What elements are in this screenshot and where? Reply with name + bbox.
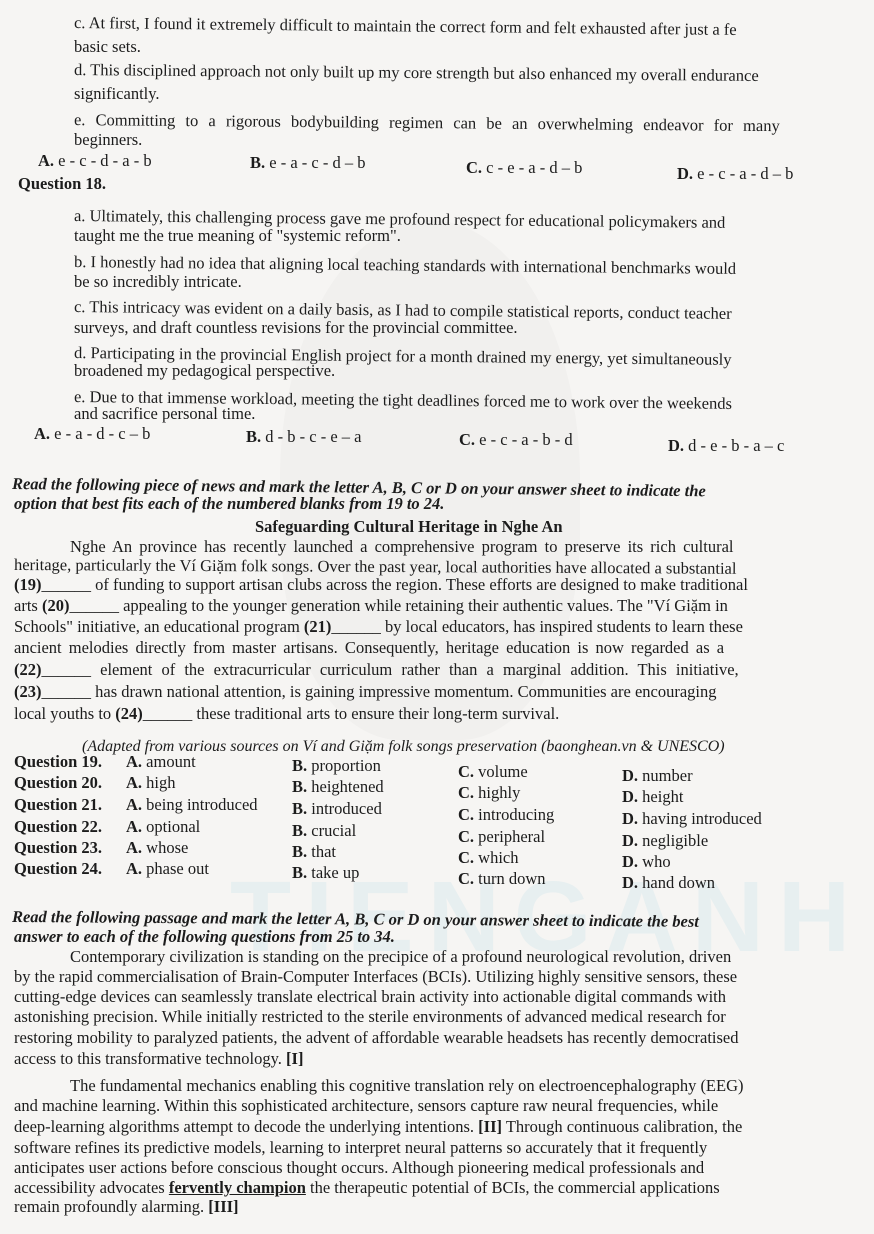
q17-sentence-c-cont: basic sets. <box>74 38 141 56</box>
question-19-option-a[interactable]: A. amount <box>126 752 196 772</box>
question-22-option-d[interactable]: D. negligible <box>622 831 708 851</box>
passage-line-blank-22: (22)______ element of the extracurricula… <box>14 661 739 679</box>
question-19-option-d[interactable]: D. number <box>622 766 693 786</box>
question-24-option-c[interactable]: C. turn down <box>458 869 546 889</box>
q17-option-b[interactable]: B. e - a - c - d – b <box>250 153 365 173</box>
question-20-option-a[interactable]: A. high <box>126 773 176 793</box>
marker-II: [II] <box>478 1117 502 1136</box>
reading-p1-line: astonishing precision. While initially r… <box>14 1008 726 1026</box>
question-22-option-a[interactable]: A. optional <box>126 817 200 837</box>
section-instruction-19-24-cont: option that best fits each of the number… <box>14 494 444 514</box>
passage-line-blank-24: local youths to (24)______ these traditi… <box>14 705 559 723</box>
marker-I: [I] <box>286 1049 303 1068</box>
reading-p2-line: anticipates user actions before consciou… <box>14 1159 704 1177</box>
q18-sentence-c-cont: surveys, and draft countless revisions f… <box>74 319 518 337</box>
highlighted-phrase: fervently champion <box>169 1178 306 1197</box>
q17-option-c[interactable]: C. c - e - a - d – b <box>466 158 582 178</box>
q17-option-d[interactable]: D. e - c - a - d – b <box>677 164 793 184</box>
q17-option-a[interactable]: A. e - c - d - a - b <box>38 151 152 171</box>
question-18-heading: Question 18. <box>18 174 106 194</box>
marker-III: [III] <box>208 1197 238 1216</box>
q18-option-d[interactable]: D. d - e - b - a – c <box>668 436 784 456</box>
question-19-option-b[interactable]: B. proportion <box>292 756 381 776</box>
question-23-label: Question 23. <box>14 838 102 858</box>
reading-p1-line: by the rapid commercialisation of Brain-… <box>14 968 737 986</box>
question-24-option-b[interactable]: B. take up <box>292 863 359 883</box>
question-19-label: Question 19. <box>14 752 102 772</box>
question-23-option-b[interactable]: B. that <box>292 842 336 862</box>
reading-p1-line: Contemporary civilization is standing on… <box>70 948 731 966</box>
q18-sentence-d-cont: broadened my pedagogical perspective. <box>74 362 335 380</box>
question-21-label: Question 21. <box>14 795 102 815</box>
q17-sentence-d: d. This disciplined approach not only bu… <box>74 61 759 85</box>
passage-line: ancient melodies directly from master ar… <box>14 639 724 657</box>
question-23-option-d[interactable]: D. who <box>622 852 671 872</box>
exam-page: TIENGANH c. At first, I found it extreme… <box>0 0 874 1234</box>
passage-line: Nghe An province has recently launched a… <box>70 538 733 556</box>
question-21-option-d[interactable]: D. having introduced <box>622 809 762 829</box>
reading-p2-line: software refines its predictive models, … <box>14 1139 707 1157</box>
passage-title: Safeguarding Cultural Heritage in Nghe A… <box>255 517 563 537</box>
question-22-label: Question 22. <box>14 817 102 837</box>
reading-p1-line: cutting-edge devices can seamlessly tran… <box>14 988 726 1006</box>
question-22-option-c[interactable]: C. peripheral <box>458 827 545 847</box>
reading-p2-line: The fundamental mechanics enabling this … <box>70 1077 744 1095</box>
question-22-option-b[interactable]: B. crucial <box>292 821 356 841</box>
q17-sentence-e-cont: beginners. <box>74 131 142 149</box>
section-instruction-25-34-cont: answer to each of the following question… <box>14 927 395 947</box>
question-21-option-a[interactable]: A. being introduced <box>126 795 258 815</box>
reading-p2-line: deep-learning algorithms attempt to deco… <box>14 1118 742 1136</box>
passage-line-blank-19: (19)______ of funding to support artisan… <box>14 576 748 594</box>
question-20-label: Question 20. <box>14 773 102 793</box>
q17-sentence-c: c. At first, I found it extremely diffic… <box>74 14 737 39</box>
question-23-option-c[interactable]: C. which <box>458 848 519 868</box>
question-19-option-c[interactable]: C. volume <box>458 762 528 782</box>
reading-p1-line: access to this transformative technology… <box>14 1050 303 1068</box>
q17-sentence-e: e. Committing to a rigorous bodybuilding… <box>74 111 864 136</box>
question-21-option-b[interactable]: B. introduced <box>292 799 382 819</box>
q18-option-a[interactable]: A. e - a - d - c – b <box>34 424 150 444</box>
reading-p1-line: restoring mobility to paralyzed patients… <box>14 1029 739 1047</box>
question-20-option-c[interactable]: C. highly <box>458 783 520 803</box>
reading-p2-line: and machine learning. Within this sophis… <box>14 1097 718 1115</box>
question-20-option-d[interactable]: D. height <box>622 787 683 807</box>
question-24-option-d[interactable]: D. hand down <box>622 873 715 893</box>
q18-sentence-b-cont: be so incredibly intricate. <box>74 273 242 291</box>
q17-sentence-d-cont: significantly. <box>74 85 160 103</box>
passage-line-blank-20: arts (20)______ appealing to the younger… <box>14 597 728 615</box>
question-24-label: Question 24. <box>14 859 102 879</box>
passage-line-blank-21: Schools" initiative, an educational prog… <box>14 618 743 636</box>
reading-p2-line: accessibility advocates fervently champi… <box>14 1179 720 1197</box>
question-24-option-a[interactable]: A. phase out <box>126 859 209 879</box>
question-21-option-c[interactable]: C. introducing <box>458 805 554 825</box>
question-23-option-a[interactable]: A. whose <box>126 838 188 858</box>
q18-sentence-a-cont: taught me the true meaning of "systemic … <box>74 227 401 245</box>
q18-option-c[interactable]: C. e - c - a - b - d <box>459 430 573 450</box>
passage-line-blank-23: (23)______ has drawn national attention,… <box>14 683 717 701</box>
q18-option-b[interactable]: B. d - b - c - e – a <box>246 427 361 447</box>
question-20-option-b[interactable]: B. heightened <box>292 777 384 797</box>
reading-p2-line: remain profoundly alarming. [III] <box>14 1198 239 1216</box>
q18-sentence-e-cont: and sacrifice personal time. <box>74 405 255 423</box>
